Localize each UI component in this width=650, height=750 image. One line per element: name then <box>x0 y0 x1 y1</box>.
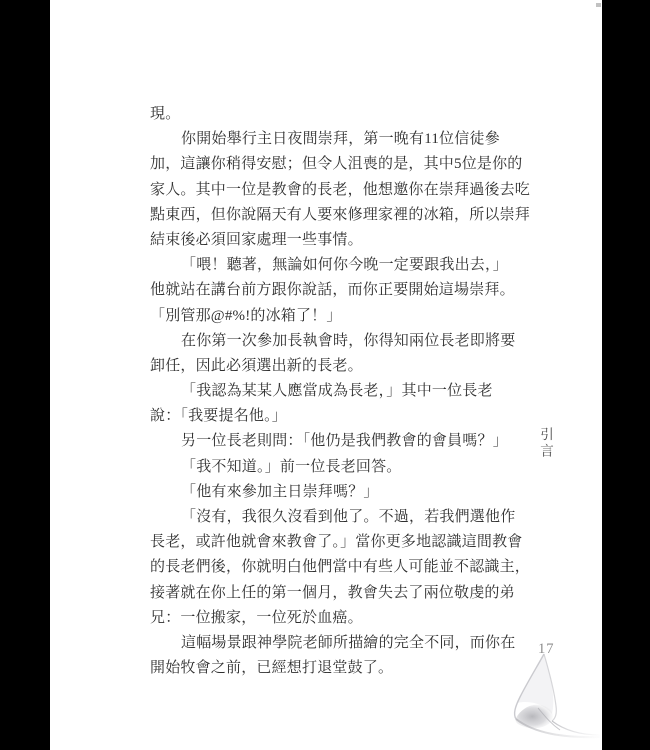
text-line: 開始牧會之前，已經想打退堂鼓了。 <box>150 656 518 681</box>
scan-edge-left <box>0 0 50 750</box>
text-line: 「我不知道。」前一位長老回答。 <box>150 455 518 480</box>
text-line: 另一位長老則問：「他仍是我們教會的會員嗎？」 <box>150 429 518 454</box>
text-line: 在你第一次參加長執會時，你得知兩位長老即將要 <box>150 329 518 354</box>
text-line: 接著就在你上任的第一個月，教會失去了兩位敬虔的弟 <box>150 581 518 606</box>
text-line: 兄：一位搬家，一位死於血癌。 <box>150 606 518 631</box>
text-line: 說：「我要提名他。」 <box>150 404 518 429</box>
text-line: 「別管那@#%!的冰箱了！」 <box>150 304 518 329</box>
text-line: 「我認為某某人應當成為長老，」其中一位長老 <box>150 379 518 404</box>
text-line: 你開始舉行主日夜間崇拜，第一晚有11位信徒參 <box>150 127 518 152</box>
text-line: 他就站在講台前方跟你說話，而你正要開始這場崇拜。 <box>150 278 518 303</box>
text-line: 這幅場景跟神學院老師所描繪的完全不同，而你在 <box>150 631 518 656</box>
text-line: 「喂！聽著，無論如何你今晚一定要跟我出去，」 <box>150 253 518 278</box>
text-line: 加，這讓你稍得安慰；但令人沮喪的是，其中5位是你的 <box>150 152 518 177</box>
text-line: 點東西，但你說隔天有人要來修理家裡的冰箱，所以崇拜 <box>150 203 518 228</box>
text-line: 現。 <box>150 102 518 127</box>
text-line: 長老，或許他就會來教會了。」當你更多地認識這間教會 <box>150 530 518 555</box>
text-line: 結束後必須回家處理一些事情。 <box>150 228 518 253</box>
scan-noise-speck <box>596 3 601 7</box>
scan-edge-right <box>602 0 650 750</box>
text-line: 的長老們後，你就明白他們當中有些人可能並不認識主， <box>150 555 518 580</box>
text-line: 卸任，因此必須選出新的長老。 <box>150 354 518 379</box>
text-line: 家人。其中一位是教會的長老，他想邀你在崇拜過後去吃 <box>150 178 518 203</box>
page-number: 17 <box>538 641 555 658</box>
page-body-text: 現。 你開始舉行主日夜間崇拜，第一晚有11位信徒參 加，這讓你稍得安慰；但令人沮… <box>150 102 518 681</box>
chapter-side-label: 引言 <box>535 427 555 460</box>
text-line: 「他有來參加主日崇拜嗎？」 <box>150 480 518 505</box>
text-line: 「沒有，我很久沒看到他了。不過，若我們選他作 <box>150 505 518 530</box>
